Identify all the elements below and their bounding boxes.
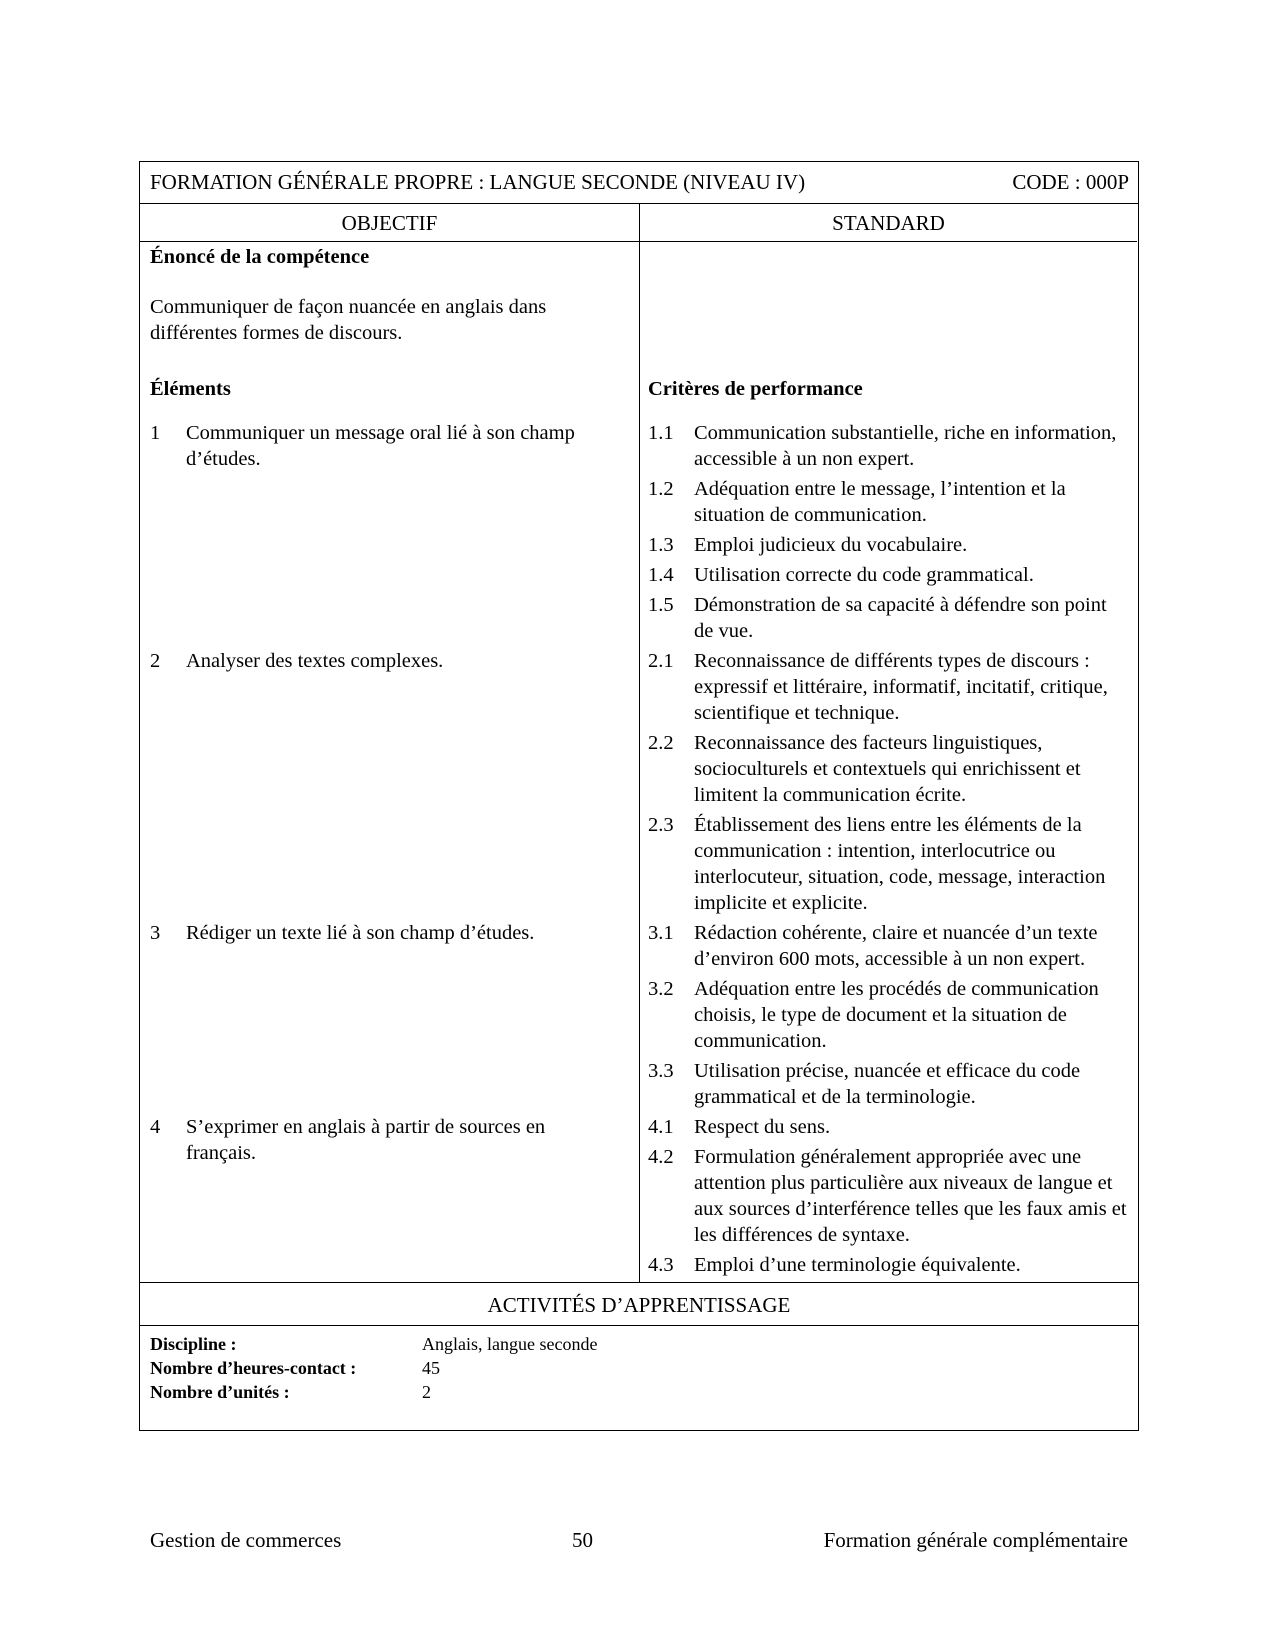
element-item: 1Communiquer un message oral lié à son c… xyxy=(150,420,631,472)
table-title-row: FORMATION GÉNÉRALE PROPRE : LANGUE SECON… xyxy=(140,162,1138,204)
criterion-item: 3.3Utilisation précise, nuancée et effic… xyxy=(648,1058,1131,1110)
element-row: 2Analyser des textes complexes.2.1Reconn… xyxy=(140,648,1138,920)
criterion-text: Formulation généralement appropriée avec… xyxy=(694,1144,1131,1248)
criterion-item: 1.2Adéquation entre le message, l’intent… xyxy=(648,476,1131,528)
page-footer: Gestion de commerces 50 Formation généra… xyxy=(150,1528,1128,1553)
elements-heading: Éléments xyxy=(150,376,631,402)
criterion-item: 2.2Reconnaissance des facteurs linguisti… xyxy=(648,730,1131,808)
criterion-item: 4.3Emploi d’une terminologie équivalente… xyxy=(648,1252,1131,1278)
criterion-text: Rédaction cohérente, claire et nuancée d… xyxy=(694,920,1131,972)
column-headers: OBJECTIF STANDARD xyxy=(140,204,1138,242)
criterion-text: Établissement des liens entre les élémen… xyxy=(694,812,1131,916)
activities-heading: ACTIVITÉS D’APPRENTISSAGE xyxy=(140,1282,1138,1326)
criterion-number: 1.3 xyxy=(648,532,694,558)
criterion-text: Emploi judicieux du vocabulaire. xyxy=(694,532,967,558)
element-item: 2Analyser des textes complexes. xyxy=(150,648,631,674)
criterion-text: Utilisation correcte du code grammatical… xyxy=(694,562,1034,588)
element-text: S’exprimer en anglais à partir de source… xyxy=(186,1114,606,1166)
column-header-objectif: OBJECTIF xyxy=(140,204,640,242)
criterion-item: 4.2Formulation généralement appropriée a… xyxy=(648,1144,1131,1248)
element-row: 3Rédiger un texte lié à son champ d’étud… xyxy=(140,920,1138,1114)
footer-section: Formation générale complémentaire xyxy=(824,1528,1128,1553)
footer-page-number: 50 xyxy=(572,1528,593,1553)
elements-list: 1Communiquer un message oral lié à son c… xyxy=(140,420,1138,1282)
activity-value: 2 xyxy=(422,1380,431,1404)
activity-row: Discipline :Anglais, langue seconde xyxy=(150,1332,1128,1356)
activities-details: Discipline :Anglais, langue secondeNombr… xyxy=(140,1326,1138,1430)
activity-value: 45 xyxy=(422,1356,440,1380)
criteria-heading: Critères de performance xyxy=(648,376,1131,402)
element-number: 4 xyxy=(150,1114,186,1166)
criterion-number: 4.2 xyxy=(648,1144,694,1248)
criterion-item: 1.5Démonstration de sa capacité à défend… xyxy=(648,592,1131,644)
criterion-text: Adéquation entre les procédés de communi… xyxy=(694,976,1131,1054)
element-text: Rédiger un texte lié à son champ d’étude… xyxy=(186,920,606,946)
column-header-standard: STANDARD xyxy=(640,204,1137,242)
element-number: 2 xyxy=(150,648,186,674)
criterion-text: Reconnaissance de différents types de di… xyxy=(694,648,1131,726)
criterion-text: Adéquation entre le message, l’intention… xyxy=(694,476,1131,528)
activity-label: Nombre d’heures-contact : xyxy=(150,1356,422,1380)
footer-program: Gestion de commerces xyxy=(150,1528,341,1553)
criterion-item: 1.1Communication substantielle, riche en… xyxy=(648,420,1131,472)
element-number: 1 xyxy=(150,420,186,472)
criterion-item: 3.2Adéquation entre les procédés de comm… xyxy=(648,976,1131,1054)
criterion-number: 1.2 xyxy=(648,476,694,528)
criterion-text: Démonstration de sa capacité à défendre … xyxy=(694,592,1131,644)
competence-statement: Communiquer de façon nuancée en anglais … xyxy=(150,294,590,346)
element-item: 3Rédiger un texte lié à son champ d’étud… xyxy=(150,920,631,946)
activity-row: Nombre d’heures-contact :45 xyxy=(150,1356,1128,1380)
criterion-item: 1.4Utilisation correcte du code grammati… xyxy=(648,562,1131,588)
criterion-text: Respect du sens. xyxy=(694,1114,830,1140)
criterion-number: 4.1 xyxy=(648,1114,694,1140)
element-text: Analyser des textes complexes. xyxy=(186,648,606,674)
criterion-text: Communication substantielle, riche en in… xyxy=(694,420,1131,472)
activity-value: Anglais, langue seconde xyxy=(422,1332,597,1356)
criterion-number: 3.3 xyxy=(648,1058,694,1110)
criterion-number: 3.1 xyxy=(648,920,694,972)
criterion-number: 2.1 xyxy=(648,648,694,726)
criterion-text: Emploi d’une terminologie équivalente. xyxy=(694,1252,1021,1278)
criterion-number: 4.3 xyxy=(648,1252,694,1278)
criterion-number: 2.3 xyxy=(648,812,694,916)
criterion-item: 3.1Rédaction cohérente, claire et nuancé… xyxy=(648,920,1131,972)
criterion-number: 1.1 xyxy=(648,420,694,472)
element-number: 3 xyxy=(150,920,186,946)
criterion-item: 2.3Établissement des liens entre les élé… xyxy=(648,812,1131,916)
course-code: CODE : 000P xyxy=(1012,170,1129,195)
element-item: 4S’exprimer en anglais à partir de sourc… xyxy=(150,1114,631,1166)
criterion-item: 4.1Respect du sens. xyxy=(648,1114,1131,1140)
element-text: Communiquer un message oral lié à son ch… xyxy=(186,420,606,472)
competency-table: FORMATION GÉNÉRALE PROPRE : LANGUE SECON… xyxy=(139,161,1139,1431)
criterion-number: 1.4 xyxy=(648,562,694,588)
criterion-text: Utilisation précise, nuancée et efficace… xyxy=(694,1058,1131,1110)
element-row: 4S’exprimer en anglais à partir de sourc… xyxy=(140,1114,1138,1282)
criterion-number: 1.5 xyxy=(648,592,694,644)
competence-heading: Énoncé de la compétence xyxy=(150,244,631,270)
element-row: 1Communiquer un message oral lié à son c… xyxy=(140,420,1138,648)
activity-row: Nombre d’unités :2 xyxy=(150,1380,1128,1404)
criterion-item: 1.3Emploi judicieux du vocabulaire. xyxy=(648,532,1131,558)
table-title: FORMATION GÉNÉRALE PROPRE : LANGUE SECON… xyxy=(150,170,805,195)
criterion-item: 2.1Reconnaissance de différents types de… xyxy=(648,648,1131,726)
criterion-text: Reconnaissance des facteurs linguistique… xyxy=(694,730,1131,808)
competence-row: Énoncé de la compétence Communiquer de f… xyxy=(140,242,1138,420)
activity-label: Discipline : xyxy=(150,1332,422,1356)
activity-label: Nombre d’unités : xyxy=(150,1380,422,1404)
criterion-number: 3.2 xyxy=(648,976,694,1054)
criterion-number: 2.2 xyxy=(648,730,694,808)
